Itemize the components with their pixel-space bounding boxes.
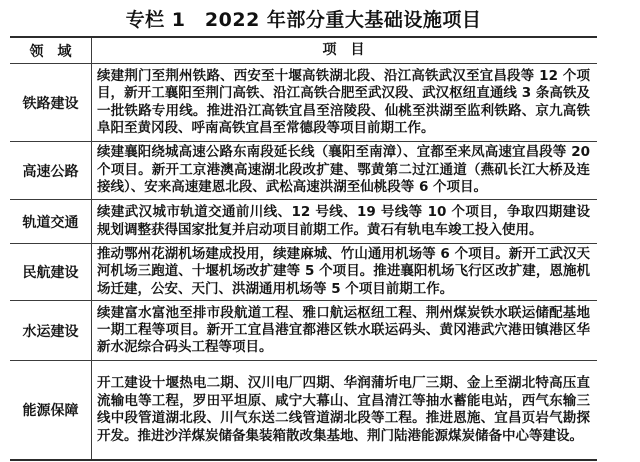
- project-text-energy-security: 开工建设十堰热电二期、汉川电厂四期、华润蒲圻电厂三期、金上至湖北特高压直流输电等…: [97, 375, 590, 445]
- project-cell-energy-security: 开工建设十堰热电二期、汉川电厂四期、华润蒲圻电厂三期、金上至湖北特高压直流输电等…: [92, 361, 597, 459]
- projects-table: 领 域 项 目 铁路建设 续建荆门至荆州铁路、西安至十堰高铁湖北段、沿江高铁武汉…: [10, 36, 597, 461]
- page-title: 专栏 1 2022 年部分重大基础设施项目: [10, 5, 597, 32]
- table-row-water-transport: 水运建设 续建富水富池至排市段航道工程、雅口航运枢纽工程、荆州煤炭铁水联运储配基…: [10, 301, 597, 361]
- project-text-water-transport: 续建富水富池至排市段航道工程、雅口航运枢纽工程、荆州煤炭铁水联运储配基地一期工程…: [97, 305, 590, 357]
- project-cell-civil-aviation: 推动鄂州花湖机场建成投用，续建麻城、竹山通用机场等 6 个项目。新开工武汉天河机…: [92, 244, 597, 300]
- table-header-row: 领 域 项 目: [10, 38, 597, 64]
- project-cell-expressway: 续建襄阳绕城高速公路东南段延长线（襄阳至南漳）、宜都至来凤高速宜昌段等 20 个…: [92, 142, 597, 199]
- table-row-civil-aviation: 民航建设 推动鄂州花湖机场建成投用，续建麻城、竹山通用机场等 6 个项目。新开工…: [10, 244, 597, 301]
- table-row-rail-transit: 轨道交通 续建武汉城市轨道交通前川线、12 号线、19 号线等 10 个项目，争…: [10, 200, 597, 244]
- table-row-railway: 铁路建设 续建荆门至荆州铁路、西安至十堰高铁湖北段、沿江高铁武汉至宜昌段等 12…: [10, 64, 597, 142]
- project-text-expressway: 续建襄阳绕城高速公路东南段延长线（襄阳至南漳）、宜都至来凤高速宜昌段等 20 个…: [97, 144, 590, 196]
- project-text-railway: 续建荆门至荆州铁路、西安至十堰高铁湖北段、沿江高铁武汉至宜昌段等 12 个项目，…: [97, 68, 590, 138]
- project-cell-rail-transit: 续建武汉城市轨道交通前川线、12 号线、19 号线等 10 个项目，争取四期建设…: [92, 200, 597, 243]
- project-cell-water-transport: 续建富水富池至排市段航道工程、雅口航运枢纽工程、荆州煤炭铁水联运储配基地一期工程…: [92, 301, 597, 360]
- table-row-expressway: 高速公路 续建襄阳绕城高速公路东南段延长线（襄阳至南漳）、宜都至来凤高速宜昌段等…: [10, 142, 597, 200]
- field-label-railway: 铁路建设: [10, 64, 92, 141]
- project-cell-railway: 续建荆门至荆州铁路、西安至十堰高铁湖北段、沿江高铁武汉至宜昌段等 12 个项目，…: [92, 64, 597, 141]
- column-header-field: 领 域: [10, 38, 92, 63]
- column-header-project-cell: 项 目: [92, 38, 597, 63]
- table-row-energy-security: 能源保障 开工建设十堰热电二期、汉川电厂四期、华润蒲圻电厂三期、金上至湖北特高压…: [10, 361, 597, 459]
- project-text-rail-transit: 续建武汉城市轨道交通前川线、12 号线、19 号线等 10 个项目，争取四期建设…: [97, 204, 590, 239]
- column-header-project: 项 目: [97, 42, 590, 59]
- field-label-rail-transit: 轨道交通: [10, 200, 92, 243]
- document-page: 专栏 1 2022 年部分重大基础设施项目 领 域 项 目 铁路建设 续建荆门至…: [0, 0, 640, 462]
- project-text-civil-aviation: 推动鄂州花湖机场建成投用，续建麻城、竹山通用机场等 6 个项目。新开工武汉天河机…: [97, 246, 590, 298]
- field-label-energy-security: 能源保障: [10, 361, 92, 459]
- field-label-expressway: 高速公路: [10, 142, 92, 199]
- field-label-water-transport: 水运建设: [10, 301, 92, 360]
- field-label-civil-aviation: 民航建设: [10, 244, 92, 300]
